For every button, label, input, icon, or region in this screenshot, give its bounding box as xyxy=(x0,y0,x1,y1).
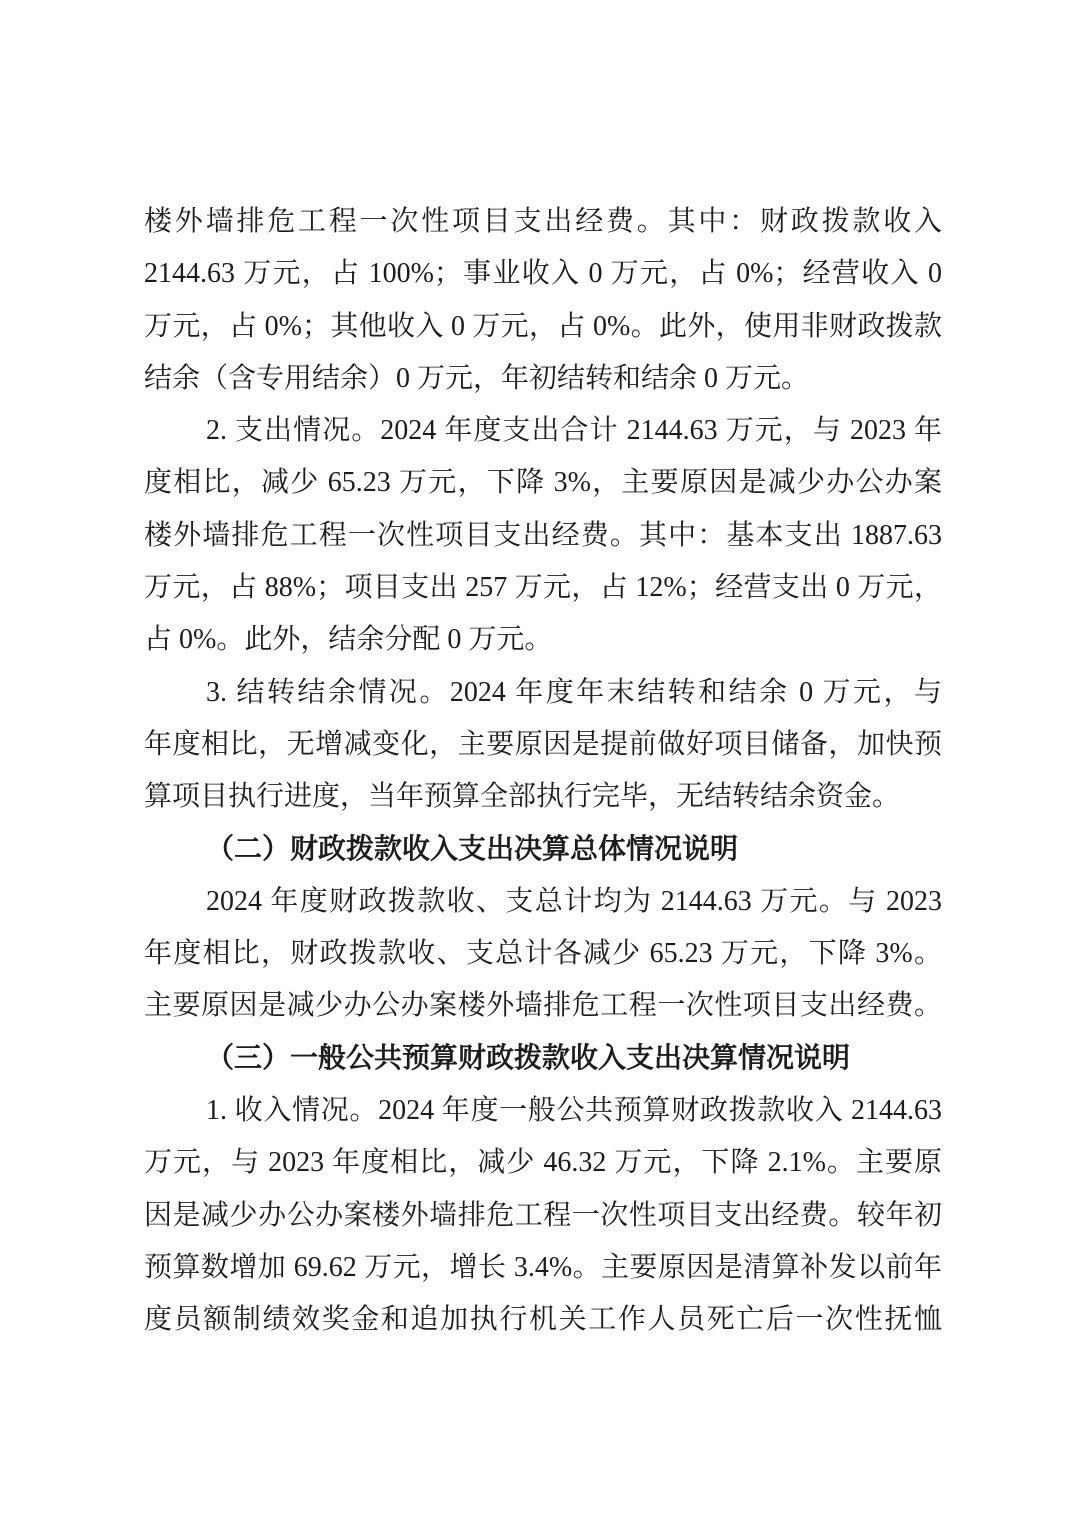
paragraph-general-budget-income: 1. 收入情况。2024 年度一般公共预算财政拨款收入 2144.63 万元，与… xyxy=(144,1085,942,1346)
heading-section-2: （二）财政拨款收入支出决算总体情况说明 xyxy=(144,824,942,876)
text-line: 楼外墙排危工程一次性项目支出经费。其中：基本支出 1887.63 xyxy=(144,510,942,562)
section-heading: （二）财政拨款收入支出决算总体情况说明 xyxy=(144,824,942,876)
text-line: 2. 支出情况。2024 年度支出合计 2144.63 万元，与 2023 年 xyxy=(144,405,942,457)
paragraph-carryover: 3. 结转结余情况。2024 年度年末结转和结余 0 万元，与 2023 年度相… xyxy=(144,667,942,824)
text-line: 因是减少办公办案楼外墙排危工程一次性项目支出经费。较年初 xyxy=(144,1190,942,1242)
heading-section-3: （三）一般公共预算财政拨款收入支出决算情况说明 xyxy=(144,1033,942,1085)
text-line: 主要原因是减少办公办案楼外墙排危工程一次性项目支出经费。 xyxy=(144,980,942,1032)
section-heading: （三）一般公共预算财政拨款收入支出决算情况说明 xyxy=(144,1033,942,1085)
paragraph-income-detail: 楼外墙排危工程一次性项目支出经费。其中：财政拨款收入 2144.63 万元，占 … xyxy=(144,196,942,405)
text-line: 3. 结转结余情况。2024 年度年末结转和结余 0 万元，与 2023 xyxy=(144,667,942,719)
text-block: 楼外墙排危工程一次性项目支出经费。其中：财政拨款收入 2144.63 万元，占 … xyxy=(144,196,942,1347)
text-line: 占 0%。此外，结余分配 0 万元。 xyxy=(144,614,942,666)
text-line: 预算数增加 69.62 万元，增长 3.4%。主要原因是清算补发以前年 xyxy=(144,1242,942,1294)
text-line: 度员额制绩效奖金和追加执行机关工作人员死亡后一次性抚恤 xyxy=(144,1294,942,1346)
text-line: 万元，占 0%；其他收入 0 万元，占 0%。此外，使用非财政拨款 xyxy=(144,301,942,353)
text-line: 万元，占 88%；项目支出 257 万元，占 12%；经营支出 0 万元， xyxy=(144,562,942,614)
text-line: 万元，与 2023 年度相比，减少 46.32 万元，下降 2.1%。主要原 xyxy=(144,1137,942,1189)
text-line: 楼外墙排危工程一次性项目支出经费。其中：财政拨款收入 xyxy=(144,196,942,248)
text-line: 2144.63 万元，占 100%；事业收入 0 万元，占 0%；经营收入 0 xyxy=(144,248,942,300)
text-line: 算项目执行进度，当年预算全部执行完毕，无结转结余资金。 xyxy=(144,771,942,823)
text-line: 度相比，减少 65.23 万元，下降 3%，主要原因是减少办公办案 xyxy=(144,457,942,509)
paragraph-expenditure: 2. 支出情况。2024 年度支出合计 2144.63 万元，与 2023 年 … xyxy=(144,405,942,666)
text-line: 2024 年度财政拨款收、支总计均为 2144.63 万元。与 2023 xyxy=(144,876,942,928)
text-line: 结余（含专用结余）0 万元，年初结转和结余 0 万元。 xyxy=(144,353,942,405)
document-page: 楼外墙排危工程一次性项目支出经费。其中：财政拨款收入 2144.63 万元，占 … xyxy=(0,0,1075,1520)
text-line: 年度相比，财政拨款收、支总计各减少 65.23 万元，下降 3%。 xyxy=(144,928,942,980)
text-line: 年度相比，无增减变化，主要原因是提前做好项目储备，加快预 xyxy=(144,719,942,771)
text-line: 1. 收入情况。2024 年度一般公共预算财政拨款收入 2144.63 xyxy=(144,1085,942,1137)
paragraph-fiscal-total: 2024 年度财政拨款收、支总计均为 2144.63 万元。与 2023 年度相… xyxy=(144,876,942,1033)
